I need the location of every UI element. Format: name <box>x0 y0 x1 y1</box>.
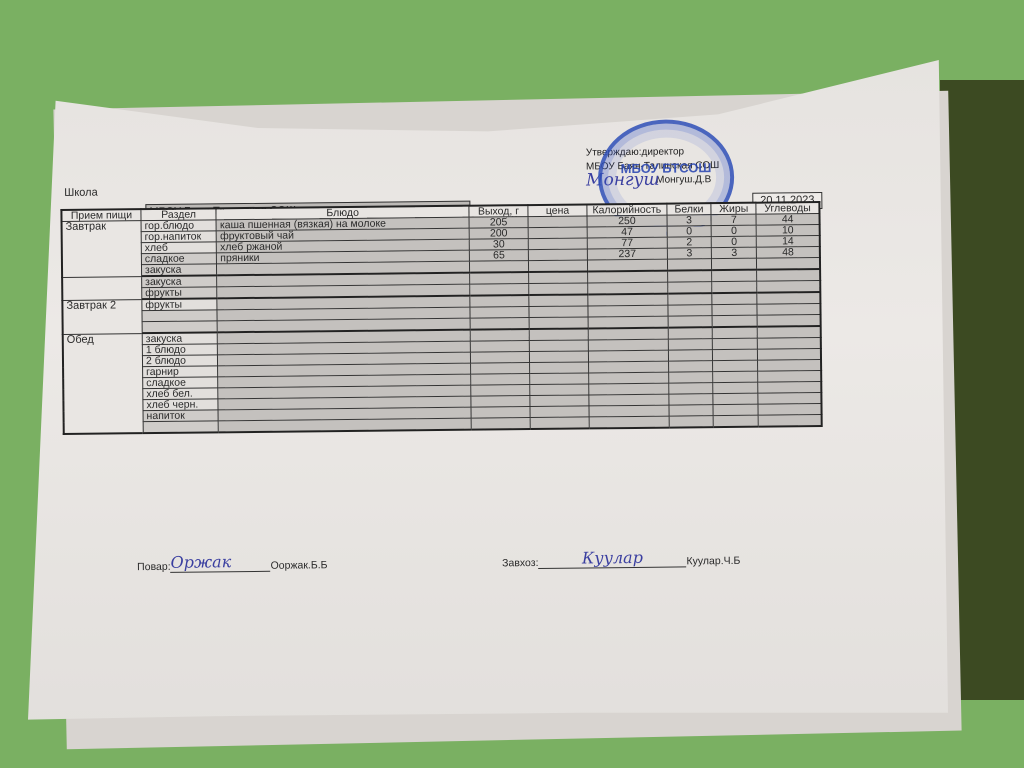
yield-cell <box>470 352 529 364</box>
yield-cell <box>470 318 529 330</box>
fat-cell: 3 <box>712 247 757 258</box>
calories-cell <box>588 259 668 271</box>
protein-cell <box>668 327 713 339</box>
yield-cell <box>471 396 530 408</box>
price-cell <box>528 249 587 261</box>
protein-cell <box>668 316 713 328</box>
protein-cell <box>668 339 713 350</box>
yield-cell <box>470 272 529 284</box>
yield-cell <box>470 329 529 341</box>
fat-cell: 0 <box>712 236 757 247</box>
section-cell <box>143 421 219 433</box>
section-cell <box>142 310 218 322</box>
yield-cell <box>471 385 530 397</box>
section-cell: гарнир <box>143 366 219 378</box>
carbs-cell <box>757 315 820 327</box>
fat-cell: 7 <box>711 214 756 225</box>
section-cell: сладкое <box>143 377 219 389</box>
cook-signoff: Повар:ОржакОоржак.Б.Б <box>137 551 328 573</box>
fat-cell <box>713 349 758 360</box>
yield-cell: 200 <box>469 228 528 240</box>
section-cell: сладкое <box>141 253 217 265</box>
col-calories: Калорийность <box>587 204 667 216</box>
price-cell <box>530 362 589 374</box>
carbs-cell <box>757 281 820 293</box>
yield-cell <box>471 418 530 430</box>
protein-cell: 0 <box>667 226 712 237</box>
calories-cell <box>588 328 668 340</box>
calories-cell <box>589 361 669 373</box>
fat-cell <box>713 404 758 415</box>
carbs-cell: 48 <box>757 247 820 259</box>
price-cell <box>529 271 588 283</box>
fat-cell <box>712 270 757 282</box>
carbs-cell <box>757 258 820 270</box>
col-meal: Прием пищи <box>61 209 141 221</box>
section-cell: напиток <box>143 410 219 422</box>
protein-cell <box>668 350 713 361</box>
price-cell <box>530 406 589 418</box>
meal-cell <box>62 276 142 300</box>
section-cell: хлеб <box>141 242 217 254</box>
col-price: цена <box>528 204 587 216</box>
calories-cell <box>588 316 668 328</box>
stamp-text: МБОУ БТСОШ <box>602 161 730 175</box>
protein-cell <box>668 394 713 405</box>
protein-cell <box>668 383 713 394</box>
price-cell <box>529 328 588 340</box>
price-cell <box>529 306 588 318</box>
calories-cell <box>588 282 668 294</box>
carbs-cell <box>758 393 821 405</box>
section-cell: гор.блюдо <box>141 220 217 232</box>
carbs-cell: 10 <box>756 225 819 237</box>
manager-signoff: Завхоз:КууларКуулар.Ч.Б <box>502 547 740 569</box>
price-cell <box>530 384 589 396</box>
cook-name: Ооржак.Б.Б <box>271 559 328 572</box>
carbs-cell <box>758 404 821 416</box>
carbs-cell: 14 <box>756 236 819 248</box>
protein-cell <box>668 372 713 383</box>
fat-cell <box>712 293 757 305</box>
section-cell: фрукты <box>142 298 218 310</box>
col-fat: Жиры <box>711 203 756 215</box>
fat-cell <box>713 360 758 371</box>
protein-cell: 3 <box>667 248 712 259</box>
protein-cell <box>667 282 712 294</box>
calories-cell <box>588 339 668 351</box>
col-protein: Белки <box>666 203 711 215</box>
yield-cell <box>470 341 529 353</box>
section-cell: гор.напиток <box>141 231 217 243</box>
carbs-cell <box>758 415 821 427</box>
price-cell <box>528 227 587 239</box>
manager-label: Завхоз: <box>502 557 538 569</box>
fat-cell <box>712 258 757 270</box>
yield-cell: 30 <box>469 239 528 251</box>
carbs-cell <box>758 382 821 394</box>
price-cell <box>529 294 588 306</box>
meal-cell: Обед <box>63 333 143 434</box>
price-cell <box>530 395 589 407</box>
protein-cell <box>667 259 712 271</box>
carbs-cell <box>758 338 821 350</box>
calories-cell <box>589 405 669 417</box>
calories-cell <box>589 383 669 395</box>
price-cell <box>529 340 588 352</box>
calories-cell <box>589 350 669 362</box>
protein-cell <box>667 293 712 305</box>
calories-cell <box>588 294 668 306</box>
calories-cell: 237 <box>588 248 668 260</box>
section-cell: закуска <box>142 275 218 287</box>
protein-cell <box>669 416 714 428</box>
yield-cell: 65 <box>469 250 528 262</box>
protein-cell <box>667 270 712 282</box>
calories-cell: 250 <box>587 215 667 227</box>
yield-cell <box>470 284 529 296</box>
cook-label: Повар: <box>137 561 171 573</box>
carbs-cell <box>758 360 821 372</box>
yield-cell: 205 <box>469 217 528 229</box>
protein-cell <box>668 305 713 316</box>
price-cell <box>529 260 588 272</box>
fat-cell <box>713 382 758 393</box>
yield-cell <box>469 261 528 273</box>
fat-cell <box>714 415 759 427</box>
calories-cell <box>589 372 669 384</box>
calories-cell <box>588 305 668 317</box>
fat-cell <box>713 393 758 404</box>
col-section: Раздел <box>141 208 217 220</box>
carbs-cell <box>757 292 820 304</box>
yield-cell <box>471 363 530 375</box>
calories-cell <box>589 416 669 428</box>
section-cell: закуска <box>141 264 217 276</box>
yield-cell <box>471 407 530 419</box>
section-cell: 1 блюдо <box>142 344 218 356</box>
price-cell <box>528 238 587 250</box>
section-cell: хлеб бел. <box>143 388 219 400</box>
menu-table-body: Завтракгор.блюдокаша пшенная (вязкая) на… <box>62 214 822 434</box>
price-cell <box>529 351 588 363</box>
protein-cell <box>668 361 713 372</box>
calories-cell <box>588 271 668 283</box>
col-carbs: Углеводы <box>756 202 819 214</box>
fat-cell <box>712 281 757 293</box>
yield-cell <box>470 295 529 307</box>
price-cell <box>529 317 588 329</box>
calories-cell: 77 <box>587 237 667 249</box>
calories-cell: 47 <box>587 226 667 238</box>
col-yield: Выход, г <box>469 205 528 217</box>
section-cell: фрукты <box>142 287 218 299</box>
carbs-cell <box>757 326 820 338</box>
fat-cell: 0 <box>712 225 757 236</box>
fat-cell <box>712 304 757 315</box>
section-cell: хлеб черн. <box>143 399 219 411</box>
fat-cell <box>713 371 758 382</box>
section-cell: 2 блюдо <box>142 355 218 367</box>
carbs-cell <box>758 349 821 361</box>
section-cell <box>142 321 218 333</box>
meal-cell: Завтрак 2 <box>62 299 142 334</box>
calories-cell <box>589 394 669 406</box>
protein-cell <box>669 405 714 416</box>
school-label: Школа <box>64 187 98 199</box>
yield-cell <box>471 374 530 386</box>
fat-cell <box>713 327 758 339</box>
carbs-cell: 44 <box>756 214 819 226</box>
manager-name: Куулар.Ч.Б <box>686 555 740 568</box>
meal-cell: Завтрак <box>62 221 142 277</box>
yield-cell <box>470 307 529 319</box>
price-cell <box>530 417 589 429</box>
carbs-cell <box>757 269 820 281</box>
price-cell <box>530 373 589 385</box>
protein-cell: 3 <box>667 215 712 226</box>
manager-signature: Куулар <box>582 548 643 568</box>
price-cell <box>528 216 587 228</box>
fat-cell <box>713 338 758 349</box>
menu-table: Прием пищи Раздел Блюдо Выход, г цена Ка… <box>60 201 822 435</box>
dish-cell <box>218 418 471 432</box>
price-cell <box>529 283 588 295</box>
cook-signature: Оржак <box>170 552 231 572</box>
section-cell: закуска <box>142 332 218 344</box>
carbs-cell <box>757 304 820 316</box>
protein-cell: 2 <box>667 237 712 248</box>
carbs-cell <box>758 371 821 383</box>
menu-document: Школа МБОУ Баян-Талинская СОШ Отд./корп … <box>0 0 1024 768</box>
fat-cell <box>712 315 757 327</box>
